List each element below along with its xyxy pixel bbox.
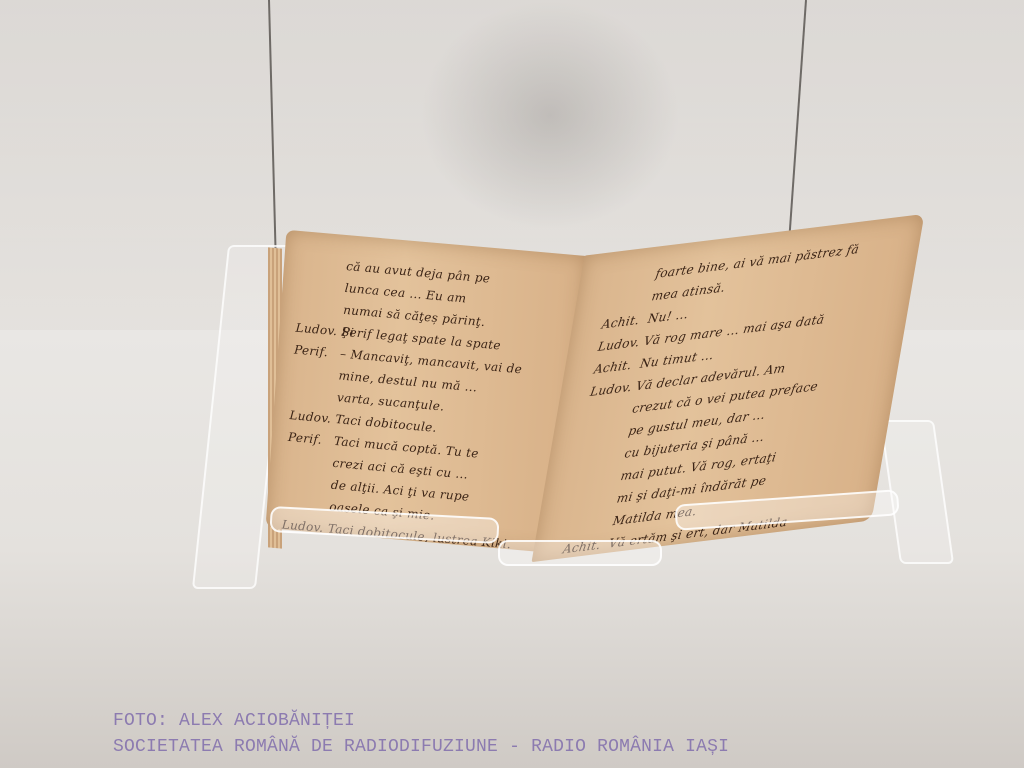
speaker-name — [566, 525, 612, 531]
left-page-lines: că au avut deja pân pelunca cea ... Eu a… — [266, 230, 587, 554]
speaker-name — [570, 503, 616, 509]
broadcaster-credit: SOCIETATEA ROMÂNĂ DE RADIODIFUZIUNE - RA… — [113, 737, 729, 757]
speaker-name: Perif. — [280, 535, 328, 554]
speaker-name — [300, 266, 346, 270]
speaker-name — [297, 310, 343, 314]
speaker-name — [291, 397, 337, 401]
speaker-name — [609, 278, 655, 284]
acrylic-page-holder-center — [498, 540, 662, 566]
line-text: Nu! ... — [647, 307, 690, 326]
speaker-name — [586, 413, 632, 419]
speaker-name — [286, 463, 332, 467]
speaker-name — [574, 480, 620, 486]
photo-credit: FOTO: ALEX ACIOBĂNIȚEI — [113, 711, 355, 731]
speaker-name — [582, 435, 628, 441]
speaker-name — [605, 300, 651, 306]
speaker-name — [285, 485, 331, 489]
speaker-name — [299, 288, 345, 292]
photo-scene: că au avut deja pân pelunca cea ... Eu a… — [0, 0, 1024, 768]
speaker-name — [292, 375, 338, 379]
left-page: că au avut deja pân pelunca cea ... Eu a… — [266, 230, 587, 554]
speaker-name — [578, 458, 624, 464]
